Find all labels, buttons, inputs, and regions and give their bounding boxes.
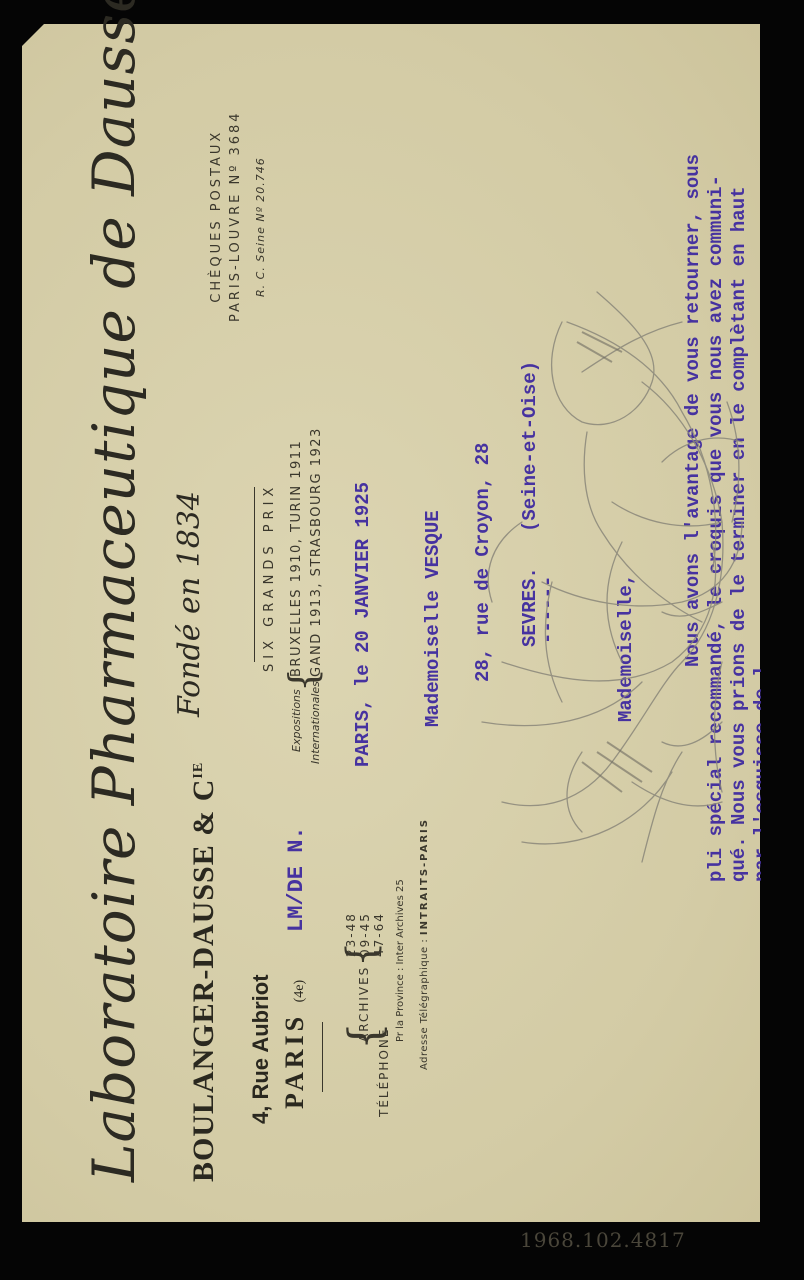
- pencil-sketch: [22, 24, 760, 1222]
- rotated-letter: Laboratoire Pharmaceutique de Dausse Aîn…: [22, 24, 760, 1222]
- archive-number: 1968.102.4817: [520, 1228, 686, 1252]
